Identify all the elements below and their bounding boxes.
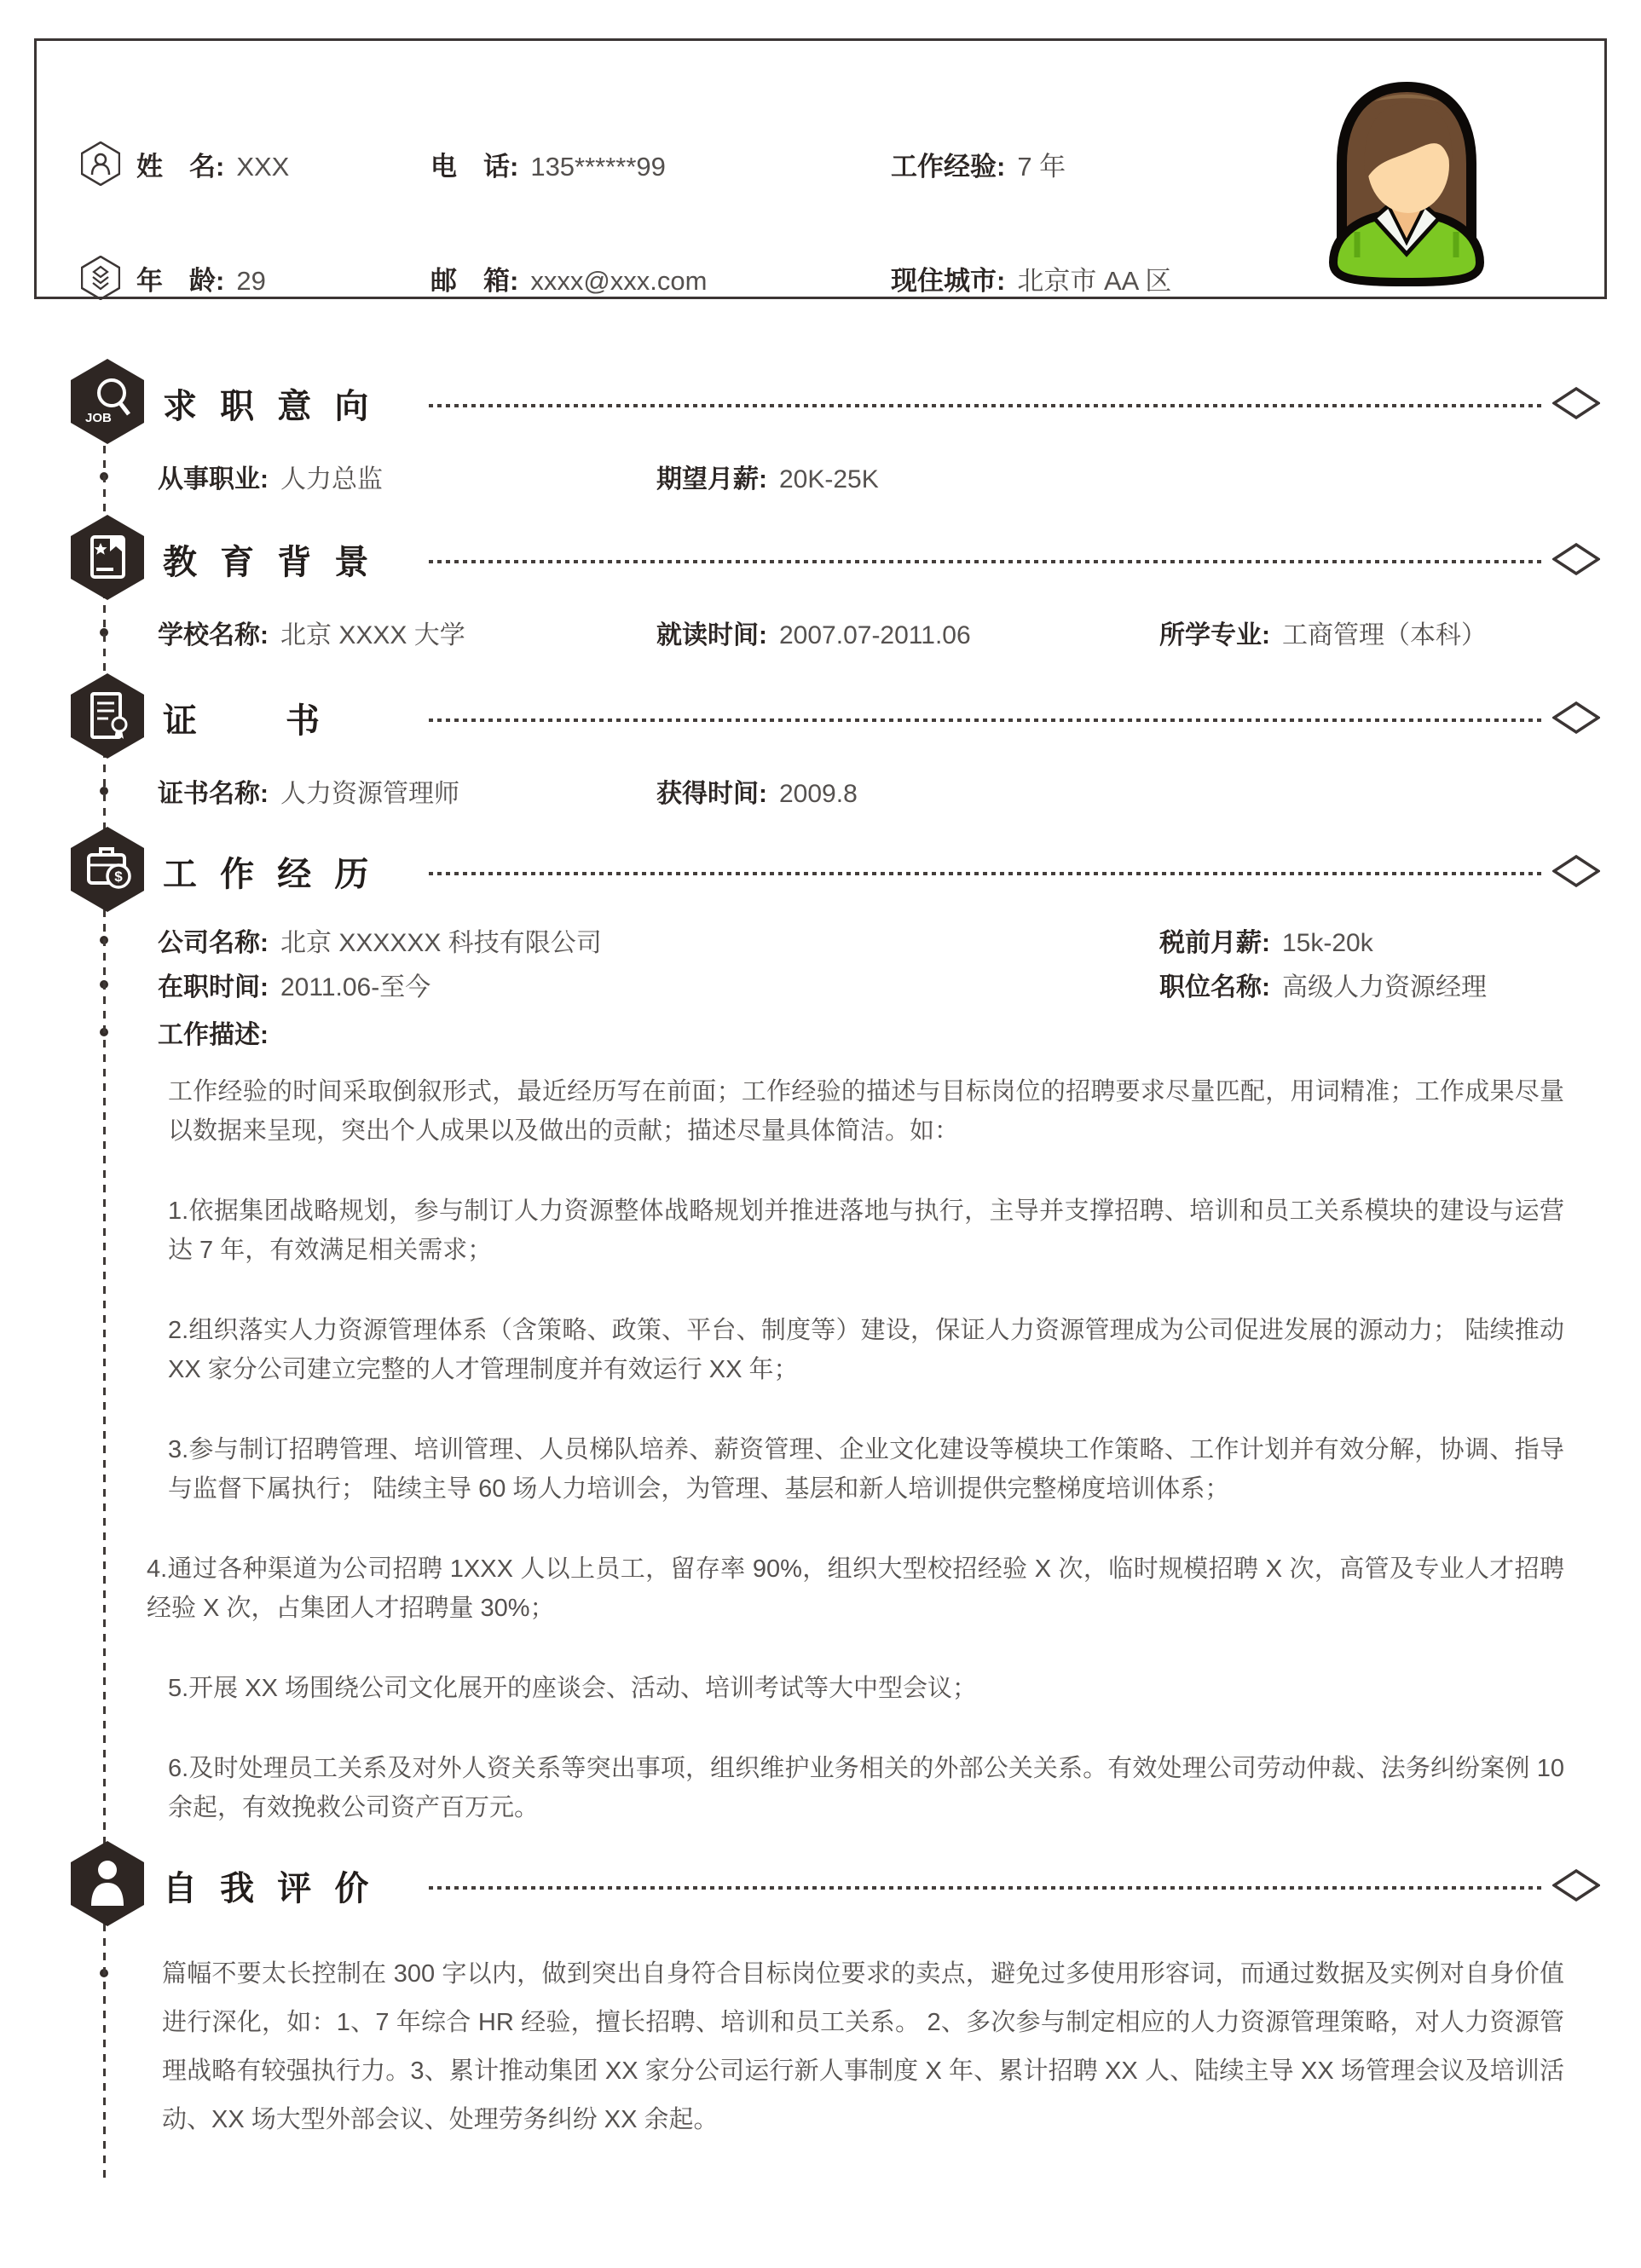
section-header-job-intention: JOB 求 职 意 向 bbox=[0, 361, 1600, 446]
certificate-name-field: 证书名称:人力资源管理师 bbox=[158, 772, 656, 810]
work-desc-item-2: 2.组织落实人力资源管理体系（含策略、政策、平台、制度等）建设，保证人力资源管理… bbox=[147, 1311, 1564, 1389]
work-desc-item-1: 1.依据集团战略规划，参与制订人力资源整体战略规划并推进落地与执行，主导并支撑招… bbox=[147, 1192, 1564, 1270]
personal-info-rows: 姓 名:XXX 电 话:135******99 工作经验:7 年 bbox=[81, 41, 1263, 297]
phone-value: 135******99 bbox=[530, 152, 666, 182]
job-intention-row: 从事职业:人力总监 期望月薪:20K-25K bbox=[0, 458, 1641, 495]
work-row-tenure: 在职时间:2011.06-至今 职位名称:高级人力资源经理 bbox=[0, 965, 1641, 1004]
age-field: 年 龄:29 bbox=[136, 259, 430, 297]
tenure-value: 2011.06-至今 bbox=[280, 973, 430, 1001]
school-field: 学校名称:北京 XXXX 大学 bbox=[158, 614, 656, 651]
position-label: 职位名称: bbox=[1159, 973, 1270, 1001]
work-description-label: 工作描述: bbox=[158, 1021, 269, 1049]
education-book-icon bbox=[71, 515, 144, 604]
certificate-date-field: 获得时间:2009.8 bbox=[656, 772, 1600, 810]
job-search-icon: JOB bbox=[71, 359, 144, 448]
diamond-outline-icon bbox=[1552, 1866, 1600, 1906]
pretax-salary-label: 税前月薪: bbox=[1159, 929, 1270, 957]
section-header-self-evaluation: 自 我 评 价 bbox=[0, 1843, 1600, 1928]
diamond-outline-icon bbox=[1552, 540, 1600, 580]
expected-salary-value: 20K-25K bbox=[779, 465, 879, 493]
briefcase-dollar-icon: $ bbox=[71, 827, 144, 916]
education-row: 学校名称:北京 XXXX 大学 就读时间:2007.07-2011.06 所学专… bbox=[0, 614, 1641, 651]
diamond-outline-icon bbox=[1552, 698, 1600, 738]
dotted-leader bbox=[429, 404, 1544, 407]
work-desc-item-5: 5.开展 XX 场围绕公司文化展开的座谈会、活动、培训考试等大中型会议； bbox=[147, 1669, 1564, 1708]
resume-page: 姓 名:XXX 电 话:135******99 工作经验:7 年 bbox=[0, 0, 1641, 2268]
personal-info-box: 姓 名:XXX 电 话:135******99 工作经验:7 年 bbox=[34, 38, 1607, 299]
section-title-work: 工 作 经 历 bbox=[163, 847, 429, 896]
company-value: 北京 XXXXXX 科技有限公司 bbox=[280, 929, 602, 957]
dotted-leader bbox=[429, 718, 1544, 722]
person-outline-icon bbox=[81, 141, 136, 186]
position-field: 职位名称:高级人力资源经理 bbox=[1159, 966, 1600, 1003]
email-label: 邮 箱: bbox=[430, 266, 518, 296]
work-desc-item-6: 6.及时处理员工关系及对外人资关系等突出事项，组织维护业务相关的外部公关关系。有… bbox=[147, 1749, 1564, 1827]
email-field: 邮 箱:xxxx@xxx.com bbox=[430, 259, 891, 297]
work-desc-intro: 工作经验的时间采取倒叙形式，最近经历写在前面；工作经验的描述与目标岗位的招聘要求… bbox=[147, 1072, 1564, 1151]
section-title-education: 教 育 背 景 bbox=[163, 535, 429, 584]
name-field: 姓 名:XXX bbox=[136, 145, 430, 183]
self-evaluation-paragraph: 篇幅不要太长控制在 300 字以内，做到突出自身符合目标岗位要求的卖点，避免过多… bbox=[162, 1960, 1564, 2133]
certificate-name-label: 证书名称: bbox=[158, 780, 269, 808]
pretax-salary-value: 15k-20k bbox=[1282, 929, 1373, 957]
section-title-self-evaluation: 自 我 评 价 bbox=[163, 1861, 429, 1910]
major-value: 工商管理（本科） bbox=[1282, 621, 1487, 649]
section-title-job-intention: 求 职 意 向 bbox=[163, 379, 429, 428]
study-period-field: 就读时间:2007.07-2011.06 bbox=[656, 614, 1159, 651]
certificate-icon bbox=[71, 673, 144, 763]
dotted-leader bbox=[429, 560, 1544, 563]
diamond-outline-icon bbox=[1552, 851, 1600, 892]
diamond-outline-icon bbox=[1552, 384, 1600, 424]
tenure-label: 在职时间: bbox=[158, 973, 269, 1001]
work-description-text: 工作经验的时间采取倒叙形式，最近经历写在前面；工作经验的描述与目标岗位的招聘要求… bbox=[0, 1072, 1641, 1827]
company-field: 公司名称:北京 XXXXXX 科技有限公司 bbox=[158, 921, 1159, 959]
expected-salary-label: 期望月薪: bbox=[656, 465, 767, 493]
age-label: 年 龄: bbox=[136, 266, 224, 296]
layers-icon bbox=[81, 256, 136, 300]
city-value: 北京市 AA 区 bbox=[1017, 266, 1171, 296]
company-label: 公司名称: bbox=[158, 929, 269, 957]
city-field: 现住城市:北京市 AA 区 bbox=[891, 259, 1263, 297]
target-job-field: 从事职业:人力总监 bbox=[158, 458, 656, 495]
tenure-field: 在职时间:2011.06-至今 bbox=[158, 966, 1159, 1003]
section-title-certificate: 证 书 bbox=[163, 694, 429, 742]
section-header-education: 教 育 背 景 bbox=[0, 517, 1600, 602]
phone-field: 电 话:135******99 bbox=[430, 145, 891, 183]
person-icon bbox=[71, 1841, 144, 1930]
position-value: 高级人力资源经理 bbox=[1282, 973, 1487, 1001]
certificate-date-value: 2009.8 bbox=[779, 780, 858, 808]
major-label: 所学专业: bbox=[1159, 621, 1270, 649]
age-value: 29 bbox=[236, 266, 265, 296]
personal-row-2: 年 龄:29 邮 箱:xxxx@xxx.com 现住城市:北京市 AA 区 bbox=[81, 256, 1263, 300]
work-description-field: 工作描述: bbox=[158, 1013, 1159, 1051]
target-job-value: 人力总监 bbox=[280, 465, 383, 493]
dotted-leader bbox=[429, 872, 1544, 875]
experience-label: 工作经验: bbox=[891, 152, 1005, 182]
section-header-certificate: 证 书 bbox=[0, 675, 1600, 760]
certificate-name-value: 人力资源管理师 bbox=[280, 780, 459, 808]
work-row-company: 公司名称:北京 XXXXXX 科技有限公司 税前月薪:15k-20k bbox=[0, 920, 1641, 960]
personal-row-1: 姓 名:XXX 电 话:135******99 工作经验:7 年 bbox=[81, 141, 1263, 186]
self-evaluation-text: 篇幅不要太长控制在 300 字以内，做到突出自身符合目标岗位要求的卖点，避免过多… bbox=[0, 1950, 1641, 2144]
name-label: 姓 名: bbox=[136, 152, 224, 182]
study-period-value: 2007.07-2011.06 bbox=[779, 621, 971, 649]
phone-label: 电 话: bbox=[430, 152, 518, 182]
svg-text:JOB: JOB bbox=[85, 411, 112, 425]
expected-salary-field: 期望月薪:20K-25K bbox=[656, 458, 1600, 495]
name-value: XXX bbox=[236, 152, 289, 182]
study-period-label: 就读时间: bbox=[656, 621, 767, 649]
school-value: 北京 XXXX 大学 bbox=[280, 621, 465, 649]
email-value: xxxx@xxx.com bbox=[530, 266, 707, 296]
work-desc-item-3: 3.参与制订招聘管理、培训管理、人员梯队培养、薪资管理、企业文化建设等模块工作策… bbox=[147, 1430, 1564, 1509]
experience-value: 7 年 bbox=[1017, 152, 1066, 182]
certificate-date-label: 获得时间: bbox=[656, 780, 767, 808]
pretax-salary-field: 税前月薪:15k-20k bbox=[1159, 921, 1600, 959]
target-job-label: 从事职业: bbox=[158, 465, 269, 493]
work-desc-item-4: 4.通过各种渠道为公司招聘 1XXX 人以上员工，留存率 90%，组织大型校招经… bbox=[147, 1550, 1564, 1628]
major-field: 所学专业:工商管理（本科） bbox=[1159, 614, 1600, 651]
section-header-work: $ 工 作 经 历 bbox=[0, 828, 1600, 914]
svg-text:$: $ bbox=[114, 869, 123, 885]
experience-field: 工作经验:7 年 bbox=[891, 145, 1263, 183]
work-row-description-label: 工作描述: bbox=[0, 1013, 1641, 1052]
dotted-leader bbox=[429, 1886, 1544, 1890]
school-label: 学校名称: bbox=[158, 621, 269, 649]
avatar bbox=[1313, 78, 1500, 287]
city-label: 现住城市: bbox=[891, 266, 1005, 296]
certificate-row: 证书名称:人力资源管理师 获得时间:2009.8 bbox=[0, 772, 1641, 810]
